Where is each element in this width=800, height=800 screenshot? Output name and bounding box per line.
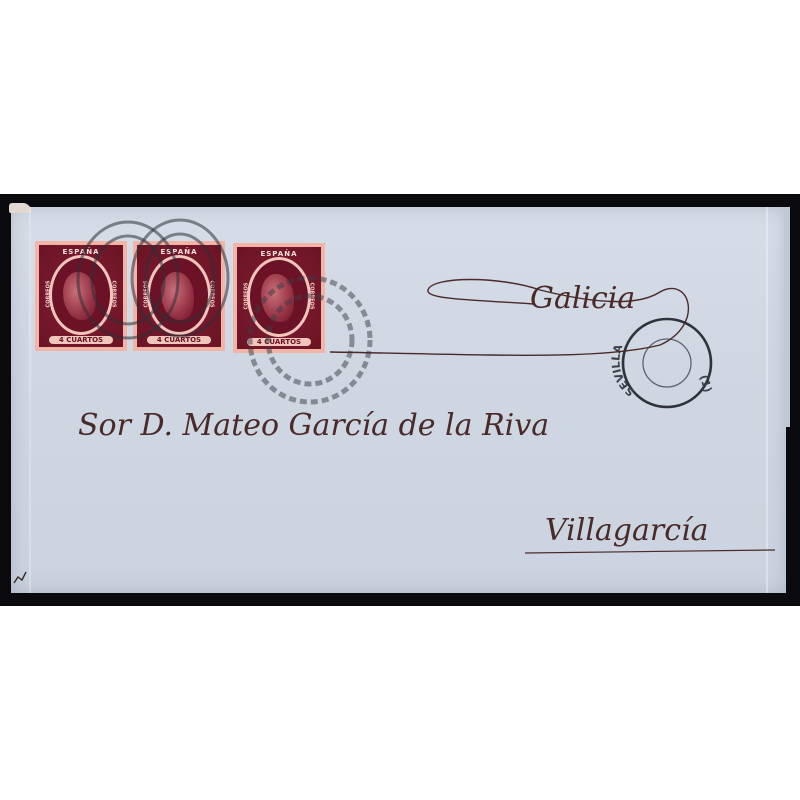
- stamp-side-label: CORREOS: [309, 282, 315, 309]
- stamp-side-label: CORREOS: [45, 280, 51, 307]
- stamp-1: ESPAÑA CORREOS CORREOS 4 CUARTOS: [35, 241, 127, 351]
- stamp-value-label: 4 CUARTOS: [49, 336, 113, 344]
- fold-line-right: [766, 207, 768, 593]
- fold-line-left: [29, 207, 31, 593]
- stamp-3: ESPAÑA CORREOS CORREOS 4 CUARTOS: [233, 243, 325, 353]
- torn-corner: [9, 203, 31, 213]
- flap-edge: [784, 207, 790, 427]
- envelope-cover: [11, 207, 786, 593]
- stamp-side-label: CORREOS: [111, 280, 117, 307]
- stamp-side-label: CORREOS: [209, 280, 215, 307]
- stamp-value-label: 4 CUARTOS: [147, 336, 211, 344]
- stamp-side-label: CORREOS: [143, 280, 149, 307]
- stamp-side-label: CORREOS: [243, 282, 249, 309]
- stamp-2: ESPAÑA CORREOS CORREOS 4 CUARTOS: [133, 241, 225, 351]
- stamp-value-label: 4 CUARTOS: [247, 338, 311, 346]
